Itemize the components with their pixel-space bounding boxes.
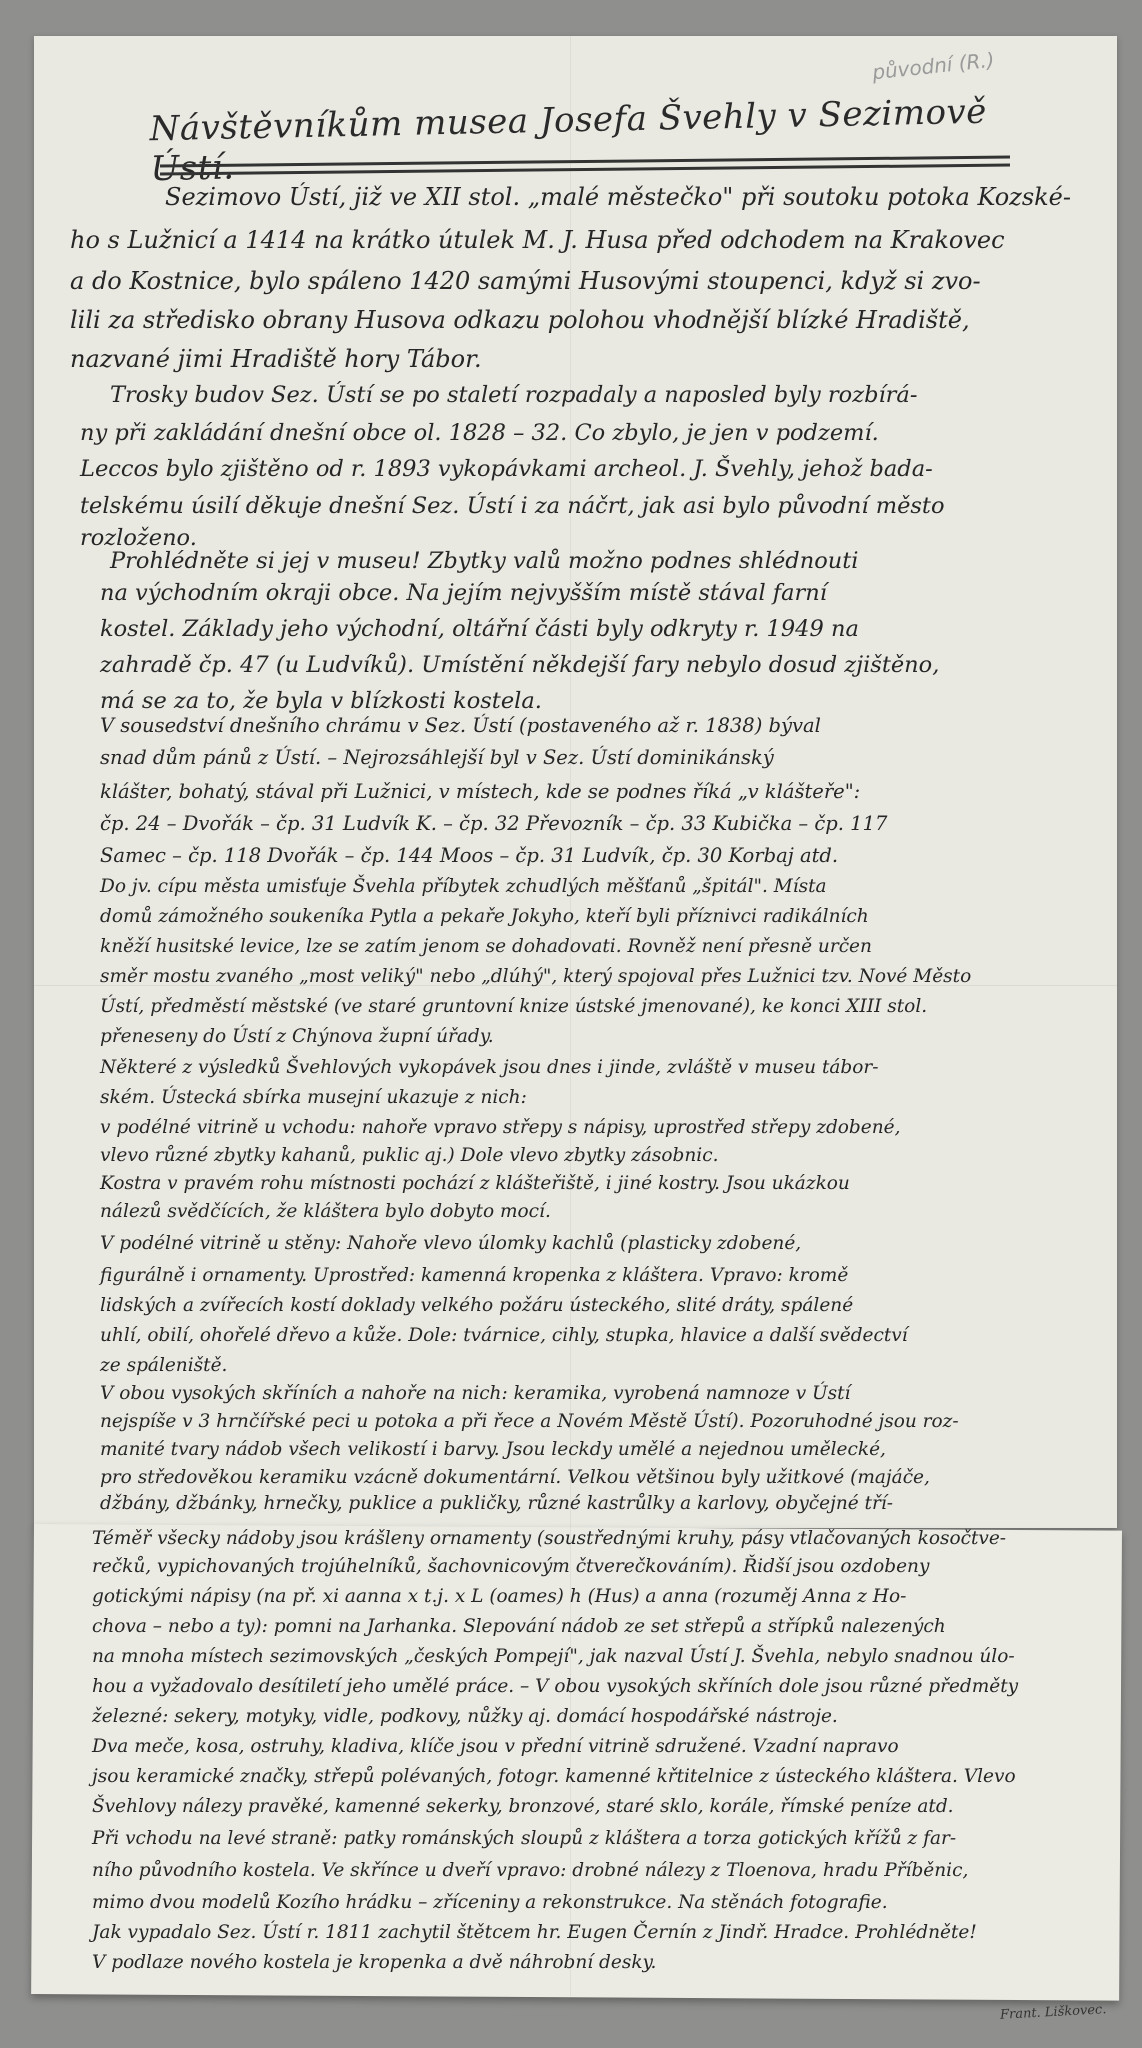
text-line: Prohlédněte si jej v museu! Zbytky valů … bbox=[110, 548, 858, 574]
text-line: Jak vypadalo Sez. Ústí r. 1811 zachytil … bbox=[92, 1922, 977, 1943]
text-line: Ústí, předměstí městské (ve staré grunto… bbox=[100, 996, 927, 1017]
text-line: snad dům pánů z Ústí. – Nejrozsáhlejší b… bbox=[100, 746, 774, 769]
text-line: lili za středisko obrany Husova odkazu p… bbox=[70, 306, 970, 334]
text-line: lidských a zvířecích kostí doklady velké… bbox=[100, 1295, 853, 1316]
text-line: V sousedství dnešního chrámu v Sez. Ústí… bbox=[100, 714, 821, 737]
text-line: rečků, vypichovaných trojúhelníků, šacho… bbox=[92, 1556, 929, 1577]
text-line: Samec – čp. 118 Dvořák – čp. 144 Moos – … bbox=[100, 844, 838, 867]
signature: Frant. Liškovec. bbox=[1000, 2002, 1107, 2023]
text-line: kněží husitské levice, lze se zatím jeno… bbox=[100, 936, 872, 957]
text-line: Kostra v pravém rohu místnosti pochází z… bbox=[100, 1173, 850, 1194]
text-line: na východním okraji obce. Na jejím nejvy… bbox=[100, 580, 827, 606]
text-line: kostel. Základy jeho východní, oltářní č… bbox=[100, 616, 859, 642]
text-line: chova – nebo a ty): pomni na Jarhanka. S… bbox=[92, 1616, 946, 1637]
text-line: v podélné vitrině u vchodu: nahoře vprav… bbox=[100, 1117, 900, 1138]
text-line: má se za to, že byla v blízkosti kostela… bbox=[100, 688, 542, 714]
text-line: gotickými nápisy (na př. ⅹⅰ aanna x t.j.… bbox=[92, 1586, 906, 1607]
text-line: železné: sekery, motyky, vidle, podkovy,… bbox=[92, 1706, 838, 1727]
text-line: přeneseny do Ústí z Chýnova župní úřady. bbox=[100, 1026, 494, 1047]
text-line: ském. Ústecká sbírka musejní ukazuje z n… bbox=[100, 1087, 527, 1108]
text-line: domů zámožného soukeníka Pytla a pekaře … bbox=[100, 906, 869, 927]
text-line: a do Kostnice, bylo spáleno 1420 samými … bbox=[70, 267, 981, 295]
text-line: Do jv. cípu města umisťuje Švehla příbyt… bbox=[100, 876, 827, 897]
text-line: nálezů svědčících, že kláštera bylo doby… bbox=[100, 1201, 551, 1222]
text-line: ho s Lužnicí a 1414 na krátko útulek M. … bbox=[70, 226, 1005, 254]
text-line: Leccos bylo zjištěno od r. 1893 vykopávk… bbox=[80, 456, 933, 482]
text-line: Téměř všecky nádoby jsou krášleny orname… bbox=[92, 1528, 1006, 1549]
text-line: vlevo různé zbytky kahanů, puklic aj.) D… bbox=[100, 1145, 718, 1166]
text-line: jsou keramické značky, střepů polévaných… bbox=[92, 1766, 1016, 1787]
text-line: Některé z výsledků Švehlových vykopávek … bbox=[100, 1057, 878, 1078]
text-line: na mnoha místech sezimovských „českých P… bbox=[92, 1646, 1015, 1667]
text-line: uhlí, obilí, ohořelé dřevo a kůže. Dole:… bbox=[100, 1325, 908, 1346]
text-line: čp. 24 – Dvořák – čp. 31 Ludvík K. – čp.… bbox=[100, 812, 887, 835]
text-line: Při vchodu na levé straně: patky románsk… bbox=[92, 1828, 956, 1849]
text-line: ního původního kostela. Ve skřínce u dve… bbox=[92, 1860, 968, 1881]
text-line: nejspíše v 3 hrnčířské peci u potoka a p… bbox=[100, 1411, 959, 1432]
text-line: mimo dvou modelů Kozího hrádku – zříceni… bbox=[92, 1892, 888, 1913]
text-line: pro středověkou keramiku vzácně dokument… bbox=[100, 1467, 930, 1488]
text-line: telskému úsilí děkuje dnešní Sez. Ústí i… bbox=[80, 493, 945, 519]
text-line: Trosky budov Sez. Ústí se po staletí roz… bbox=[110, 382, 917, 408]
text-line: ny při zakládání dnešní obce ol. 1828 – … bbox=[80, 420, 879, 446]
text-line: figurálně i ornamenty. Uprostřed: kamenn… bbox=[100, 1265, 848, 1286]
text-line: džbány, džbánky, hrnečky, puklice a pukl… bbox=[100, 1493, 893, 1514]
text-line: Sezimovo Ústí, již ve XII stol. „malé mě… bbox=[165, 183, 1071, 211]
text-line: směr mostu zvaného „most veliký" nebo „d… bbox=[100, 966, 971, 987]
text-line: nazvané jimi Hradiště hory Tábor. bbox=[70, 345, 482, 373]
text-line: Švehlovy nálezy pravěké, kamenné sekerky… bbox=[92, 1796, 954, 1817]
text-line: manité tvary nádob všech velikostí i bar… bbox=[100, 1439, 886, 1460]
text-line: V podélné vitrině u stěny: Nahoře vlevo … bbox=[100, 1233, 801, 1254]
text-line: V obou vysokých skříních a nahoře na nic… bbox=[100, 1383, 850, 1404]
text-line: hou a vyžadovalo desítiletí jeho umělé p… bbox=[92, 1676, 1018, 1697]
text-line: klášter, bohatý, stával při Lužnici, v m… bbox=[100, 780, 860, 803]
text-line: ze spáleniště. bbox=[100, 1355, 227, 1376]
text-line: zahradě čp. 47 (u Ludvíků). Umístění něk… bbox=[100, 652, 939, 678]
text-line: Dva meče, kosa, ostruhy, kladiva, klíče … bbox=[92, 1736, 899, 1757]
text-line: V podlaze nového kostela je kropenka a d… bbox=[92, 1952, 656, 1973]
